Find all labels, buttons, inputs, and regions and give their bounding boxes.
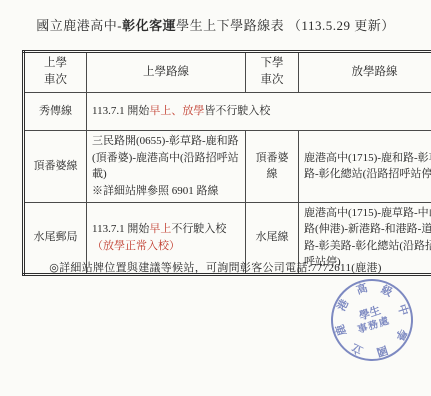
title-part3: 學生上下學路線表 xyxy=(176,18,284,33)
stamp-center-text: 學生 事務處 xyxy=(326,294,417,344)
page-title: 國立鹿港高中-彰化客運學生上下學路線表 （113.5.29 更新） xyxy=(0,15,431,34)
table-header-row: 上學 車次 上學路線 下學 車次 放學路線 xyxy=(24,52,431,93)
header-evening-route: 放學路線 xyxy=(299,52,431,93)
footer-contact-note: ◎詳細站牌位置與建議等候站，可詢問彰客公司電話:7772611(鹿港) xyxy=(0,259,431,275)
stamp-center-line2: 事務處 xyxy=(330,306,417,344)
header-morning-bus: 上學 車次 xyxy=(24,52,87,93)
route-detail-dingfanpo-am: 三民路開(0655)-彰草路-鹿和路(頂番婆)-鹿港高中(沿路招呼站載) ※詳細… xyxy=(87,130,246,202)
stamp-circle-border xyxy=(320,268,423,371)
header-evening-bus: 下學 車次 xyxy=(246,52,299,93)
route-name-xiuchuan: 秀傳線 xyxy=(24,92,87,130)
route-row-dingfanpo: 頂番婆線 三民路開(0655)-彰草路-鹿和路(頂番婆)-鹿港高中(沿路招呼站載… xyxy=(24,130,431,202)
header-morning-route: 上學路線 xyxy=(87,52,246,93)
scanned-document-page: 國立鹿港高中-彰化客運學生上下學路線表 （113.5.29 更新） 上學 車次 … xyxy=(0,0,431,396)
route-row-xiuchuan: 秀傳線 113.7.1 開始早上、放學皆不行駛入校 xyxy=(24,92,431,130)
title-update-note: （113.5.29 更新） xyxy=(288,18,395,33)
bus-routes-table: 上學 車次 上學路線 下學 車次 放學路線 秀傳線 113.7.1 開始早上、放… xyxy=(22,50,431,276)
title-part1: 國立鹿港高中- xyxy=(36,18,122,33)
route-note-xiuchuan: 113.7.1 開始早上、放學皆不行駛入校 xyxy=(87,92,431,130)
stamp-center-line1: 學生 xyxy=(326,294,414,333)
route-detail-dingfanpo-pm: 鹿港高中(1715)-鹿和路-彰草路-彰化總站(沿路招呼站停) xyxy=(299,130,431,202)
route-name-dingfanpo-pm: 頂番婆線 xyxy=(246,130,299,202)
title-bus-company: 彰化客運 xyxy=(122,18,176,33)
official-seal-stamp: 國立鹿港高級中學 學生 事務處 xyxy=(317,265,428,376)
route-name-dingfanpo-am: 頂番婆線 xyxy=(24,130,87,202)
